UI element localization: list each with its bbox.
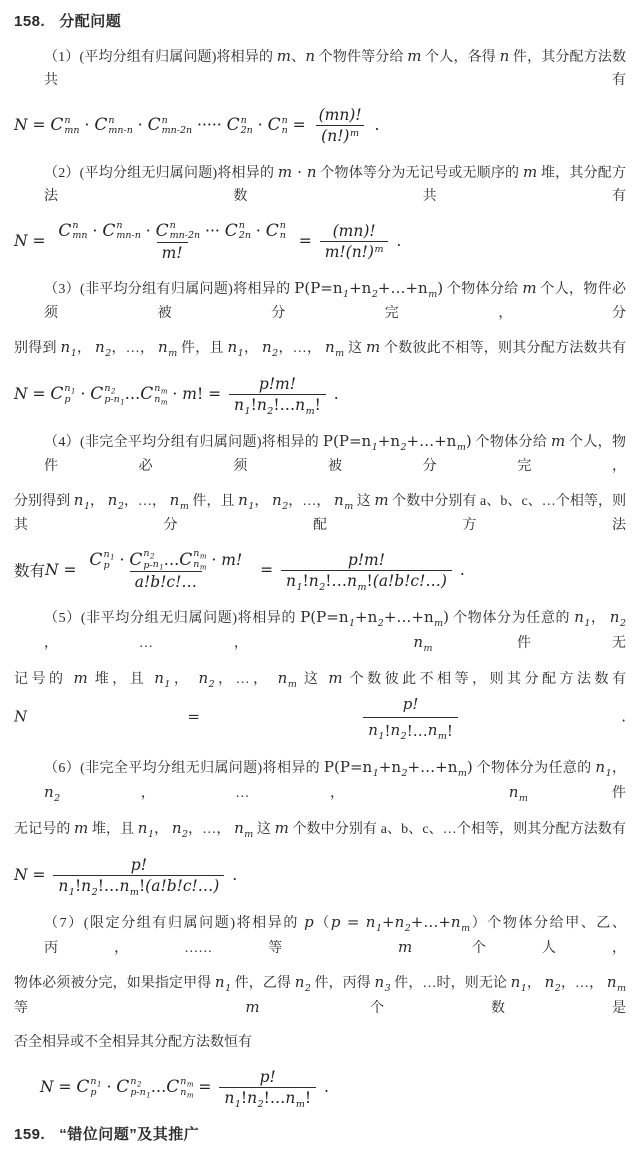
math-run: + [379, 758, 392, 776]
math-run: · [88, 222, 103, 240]
math-run: +…+ [411, 913, 451, 931]
math-run: p [304, 913, 314, 931]
math-var-subscript: n1 [61, 336, 77, 361]
math-var-subscript: n2 [247, 1089, 264, 1107]
fraction-numerator: p!m! [254, 374, 301, 394]
math-var-subscript: n2 [391, 756, 407, 781]
math-var-subscript: n2 [198, 667, 214, 692]
text-run: n [395, 913, 405, 931]
math-var-subscript: n1 [58, 877, 75, 895]
text-run: 个物体分给 [472, 435, 551, 450]
math-run: m! [325, 243, 346, 261]
math-run: + [382, 913, 395, 931]
math-var-subscript: nm [295, 396, 315, 414]
math-run: P(P= [323, 432, 362, 450]
subscript: 1 [110, 553, 114, 562]
binomial-coefficient: Cnn [268, 115, 288, 135]
math-run: mn [72, 231, 87, 240]
superscript: n [280, 221, 286, 230]
math-var-subscript: n1 [64, 384, 75, 394]
supsub-stack: nmnm [180, 1077, 193, 1098]
subscript: 2 [405, 917, 411, 940]
subscript: 2 [105, 342, 111, 365]
math-run: N [14, 866, 28, 884]
math-var-subscript: nm [154, 384, 167, 394]
math-run: · [141, 222, 156, 240]
math-var-subscript: n1 [511, 971, 527, 996]
math-run: C [268, 115, 281, 135]
text-run: n [234, 819, 244, 837]
superscript: n [162, 116, 193, 125]
math-var-subscript: n2 [257, 396, 274, 414]
text-run: n [262, 338, 272, 356]
text-run: ，…， [124, 494, 170, 509]
text-run: n [362, 432, 372, 450]
math-run: C [58, 221, 71, 241]
math-run: C [89, 550, 102, 570]
math-var-subscript: n2 [262, 336, 278, 361]
subscript: m [200, 564, 207, 573]
text-run: n [347, 572, 357, 590]
math-run: C [156, 221, 169, 241]
text-run: ， [90, 494, 108, 509]
fraction-numerator: (mn)! [328, 221, 381, 241]
section-heading-158: 158.分配问题 [14, 10, 626, 31]
math-run: n [239, 221, 245, 230]
math-run: m! [221, 551, 242, 569]
fraction-denominator: n1!n2!…nm!(a!b!c!…) [53, 875, 224, 896]
math-var-subscript: n2 [81, 877, 98, 895]
subscript: 1 [146, 1091, 150, 1100]
text-run: n [180, 1076, 186, 1087]
math-run: a!b!c!… [135, 573, 197, 591]
math-run: n [307, 163, 317, 181]
supsub-stack: nmn-2n [170, 221, 201, 240]
text-run: 数有 [14, 559, 45, 581]
text-run: n [610, 608, 620, 626]
para3-line1: （3）(非平均分组有归属问题)将相异的 P(P=n1+n2+…+nm) 个物体分… [14, 277, 626, 325]
math-var-subscript: n1 [366, 911, 382, 936]
math-run: !… [98, 877, 120, 895]
math-var-subscript: n1 [286, 572, 303, 590]
text-run: 个数彼此不相等，则其分配方法数有 [343, 672, 626, 687]
text-run: n [198, 669, 208, 687]
subscript: m [617, 977, 626, 1000]
fraction-numerator: p!m! [343, 550, 390, 570]
math-run: . [227, 866, 237, 884]
math-run: n [280, 221, 286, 230]
text-run: ， [590, 611, 609, 626]
subscript: 1 [376, 917, 382, 940]
text-run: n [81, 877, 91, 895]
math-run: ····· [192, 116, 227, 134]
text-run: 个物件等分给 [315, 50, 407, 65]
subscript: mn [72, 231, 87, 240]
fraction-denominator: m! [157, 242, 188, 263]
math-run: +…+ [378, 279, 418, 297]
math-run: = [28, 232, 51, 250]
supsub-stack: n2n [241, 116, 253, 135]
text-run: n [448, 758, 458, 776]
subscript: m [296, 1099, 305, 1110]
text-run: n [44, 783, 54, 801]
supsub-stack: nmn-n [116, 221, 140, 240]
math-run: · [115, 551, 130, 569]
math-run: m [523, 163, 537, 181]
formula-7: N = Cn1p · Cn2p-n1…Cnmnm = p!n1!n2!…nm! … [14, 1065, 626, 1109]
content: （1）(平均分组有归属问题)将相异的 m、n 个物件等分给 m 个人，各得 n … [14, 45, 626, 1109]
text-run: ， [527, 976, 545, 991]
subscript: m [161, 398, 168, 407]
subscript: m [130, 887, 139, 898]
math-var-subscript: nm [180, 1088, 193, 1098]
text-run: n [295, 973, 305, 991]
math-run: mn-2n [170, 231, 201, 240]
subscript: 2n [239, 231, 251, 240]
math-run: mn-2n [162, 126, 193, 135]
subscript: 2 [111, 387, 115, 396]
math-var-subscript: n1 [103, 550, 114, 560]
subscript: 2n [241, 126, 253, 135]
text-run: 分别得到 [14, 494, 74, 509]
subscript: 1 [164, 673, 170, 696]
text-run: 等 [14, 1001, 245, 1016]
binomial-coefficient: Cn1p [50, 384, 75, 404]
math-var-subscript: n1 [153, 560, 164, 570]
text-run: 个人，各得 [422, 50, 500, 65]
subscript: m [161, 387, 168, 396]
math-var-subscript: n2 [368, 606, 384, 631]
math-run: (mn)! [319, 106, 362, 124]
math-var-subscript: n2 [362, 277, 378, 302]
subscript: m [344, 495, 353, 518]
text-run: n [180, 1087, 186, 1098]
math-run: P(P= [300, 608, 339, 626]
math-run: + [349, 279, 362, 297]
supsub-stack: nmn [72, 221, 87, 240]
math-run: · [80, 116, 95, 134]
math-var-subscript: n2 [108, 489, 124, 514]
math-power: (n!)m [321, 127, 359, 145]
superscript: nm [180, 1077, 193, 1087]
math-run: n [500, 47, 510, 65]
text-run: (n!) [346, 243, 374, 261]
text-run: n [58, 877, 68, 895]
subscript: 1 [71, 342, 77, 365]
supsub-stack: nmn-2n [162, 116, 193, 135]
formula-3: N = Cn1p · Cn2p-n1…Cnmnm · m! = p!m!n1!n… [14, 372, 626, 416]
math-run: · [207, 551, 222, 569]
binomial-coefficient: Cnn [266, 221, 286, 241]
superscript: n [64, 116, 79, 125]
subscript: 2 [150, 553, 154, 562]
section-title: 分配问题 [59, 13, 121, 30]
fraction: p!n1!n2!…nm!(a!b!c!…) [53, 855, 224, 896]
math-var-subscript: n2 [390, 430, 406, 455]
fraction-denominator: m!(n!)m [320, 241, 389, 262]
superscript: nm [154, 384, 167, 394]
formula-6: N = p!n1!n2!…nm!(a!b!c!…) . [14, 853, 626, 897]
fraction-denominator: n1!n2!…nm! [219, 1087, 316, 1108]
math-run: N [14, 116, 28, 134]
text-run: 个物体分给 [443, 282, 522, 297]
math-var-subscript: n2 [295, 971, 311, 996]
supsub-stack: nn [280, 221, 286, 240]
math-var-subscript: nm [158, 336, 177, 361]
text-run: n [362, 279, 372, 297]
text-run: ， [154, 822, 172, 837]
text-run: 个物体等分为无记号或无顺序的 [317, 166, 523, 181]
text-run: n [90, 1076, 96, 1087]
supsub-stack: n2p-n1 [104, 384, 124, 405]
subscript: nm [193, 560, 206, 570]
text-run: n [545, 973, 555, 991]
text-run: 否全相异或不全相异其分配方法数恒有 [14, 1035, 252, 1050]
math-run: !… [264, 1089, 286, 1107]
text-run: 个数彼此不相等，则其分配方法数共有 [380, 341, 626, 356]
formula-4: 数有 N = Cn1p · Cn2p-n1…Cnmnm · m!a!b!c!… … [14, 548, 626, 592]
fraction-numerator: Cnmn · Cnmn-n · Cnmn-2n ··· Cn2n · Cnn [53, 220, 290, 242]
math-var-subscript: nm [424, 606, 443, 631]
subscript: m [428, 283, 437, 306]
text-run: n [325, 338, 335, 356]
superscript: n [72, 221, 87, 230]
subscript: 2 [54, 787, 60, 810]
binomial-coefficient: Cnmn-2n [148, 115, 193, 135]
text-run: 这 [297, 672, 329, 687]
math-var-subscript: n1 [140, 1088, 151, 1098]
math-run: C [129, 550, 142, 570]
subscript: 2 [182, 823, 188, 846]
subscript: 2 [92, 887, 98, 898]
text-run: ，…， [60, 786, 509, 801]
math-run: mn-n [108, 126, 132, 135]
math-run: !… [325, 572, 347, 590]
math-run: · [292, 163, 307, 181]
text-run: ，…， [288, 494, 334, 509]
fraction: (mn)!(n!)m [314, 105, 367, 146]
math-run: m [74, 819, 88, 837]
subscript: 2 [401, 725, 407, 748]
subscript: p-n1 [104, 395, 124, 405]
math-run: = [28, 866, 51, 884]
subscript: 1 [349, 612, 355, 635]
text-run: n [368, 608, 378, 626]
math-run: mn-n [116, 231, 140, 240]
math-var-subscript: n2 [545, 971, 561, 996]
text-run: n [215, 973, 225, 991]
subscript: 2 [378, 612, 384, 635]
math-run: ! [447, 720, 453, 743]
subscript: nm [154, 395, 167, 405]
text-run: ，…， [44, 636, 413, 651]
math-var-subscript: n2 [390, 719, 406, 744]
text-run: 别得到 [14, 341, 61, 356]
subscript: m [187, 1091, 194, 1100]
subscript: 2 [555, 977, 561, 1000]
math-run: = [294, 232, 317, 250]
text-run: n [295, 396, 305, 414]
text-run: 个物体分为任意的 [473, 761, 596, 776]
math-run: . [329, 385, 339, 403]
fraction-denominator: n1!n2!…nm! [363, 717, 458, 745]
subscript: m [306, 406, 315, 417]
math-run: + [378, 432, 391, 450]
fraction-numerator: Cn1p · Cn2p-n1…Cnmnm · m! [84, 548, 247, 571]
math-var-subscript: n2 [610, 606, 626, 631]
subscript: nm [180, 1088, 193, 1098]
superscript: nm [193, 549, 206, 559]
math-var-subscript: nm [180, 1077, 193, 1087]
para7-line3: 否全相异或不全相异其分配方法数恒有 [14, 1031, 626, 1054]
math-run: +…+ [407, 432, 447, 450]
math-var-subscript: n1 [362, 430, 378, 455]
subscript: 1 [84, 495, 90, 518]
text-run: 件，…时，则无论 [391, 976, 511, 991]
math-var-subscript: nm [428, 719, 447, 744]
text-run: ，…， [215, 672, 278, 687]
text-run: 这 [344, 341, 366, 356]
text-run: n [61, 338, 71, 356]
math-var-subscript: nm [334, 489, 353, 514]
math-run: . [455, 561, 465, 579]
binomial-coefficient: Cn2n [225, 221, 251, 241]
text-run: ， [244, 341, 262, 356]
subscript: 1 [235, 1099, 241, 1110]
text-run: n [309, 572, 319, 590]
subscript: m [168, 342, 177, 365]
text-run: n [574, 608, 584, 626]
text-run: 记号的 [14, 672, 74, 687]
fraction-numerator: p! [255, 1067, 281, 1087]
subscript: mn-n [108, 126, 132, 135]
text-run: n [138, 819, 148, 837]
subscript: 1 [148, 823, 154, 846]
math-run: (mn)! [333, 222, 376, 240]
subscript: mn-2n [162, 126, 193, 135]
superscript: n [108, 116, 132, 125]
math-var-subscript: nm [448, 756, 467, 781]
math-run: m [245, 998, 259, 1016]
subscript: 2 [400, 436, 406, 459]
math-var-subscript: n2 [272, 489, 288, 514]
math-run: p [103, 561, 109, 570]
math-run: ··· [200, 222, 225, 240]
text-run: 件，乙得 [231, 976, 295, 991]
math-run: ! [315, 396, 321, 414]
math-run: m [277, 47, 291, 65]
math-run: C [140, 384, 153, 404]
text-run: n [104, 383, 110, 394]
math-var-subscript: nm [447, 430, 466, 455]
math-var-subscript: nm [234, 817, 253, 842]
math-run: · [253, 116, 268, 134]
formula-2: N = Cnmn · Cnmn-n · Cnmn-2n ··· Cn2n · C… [14, 219, 626, 263]
math-var-subscript: n2 [95, 336, 111, 361]
fraction: Cn1p · Cn2p-n1…Cnmnm · m!a!b!c!… [84, 548, 247, 592]
subscript: mn-2n [170, 231, 201, 240]
math-run: = [250, 561, 278, 579]
math-run: · [102, 1078, 117, 1096]
math-run: m! [162, 244, 183, 262]
math-run: p- [130, 1088, 139, 1097]
subscript: m [424, 637, 433, 660]
math-run: n [162, 116, 168, 125]
text-run: n [447, 432, 457, 450]
binomial-coefficient: Cnmn-n [102, 221, 140, 241]
subscript: m [434, 612, 443, 635]
math-run: C [179, 550, 192, 570]
math-run: C [166, 1077, 179, 1097]
subscript: m [358, 582, 367, 593]
subscript: 1 [225, 977, 231, 1000]
math-var-subscript: nm [154, 395, 167, 405]
math-var-subscript: n1 [234, 396, 251, 414]
math-run: !… [273, 396, 295, 414]
text-run: 个物体分为任意的 [449, 611, 574, 626]
binomial-coefficient: Cnmnm [140, 384, 167, 405]
math-run: n [241, 116, 247, 125]
section-heading-159: 159.“错位问题”及其推广 [14, 1123, 626, 1144]
subscript: m [438, 725, 447, 748]
math-var-subscript: n2 [395, 911, 411, 936]
text-run: n [428, 721, 438, 739]
fraction: Cnmn · Cnmn-n · Cnmn-2n ··· Cn2n · Cnnm! [53, 220, 290, 263]
text-run: n [451, 913, 461, 931]
math-var-subscript: n1 [363, 756, 379, 781]
text-run: 件，且 [177, 341, 227, 356]
math-var-subscript: n1 [114, 395, 125, 405]
math-run: C [90, 384, 103, 404]
math-var-subscript: n1 [333, 277, 349, 302]
binomial-coefficient: Cn2p-n1 [90, 384, 124, 405]
math-power: (n!)m [346, 243, 384, 261]
text-run: 个数是 [260, 1001, 626, 1016]
text-run: 堆，且 [88, 672, 155, 687]
text-run: n [193, 559, 199, 570]
text-run: （1）(平均分组有归属问题)将相异的 [44, 50, 277, 65]
fraction: p!m!n1!n2!…nm! [229, 374, 326, 415]
text-run: n [413, 633, 423, 651]
math-var-subscript: nm [451, 911, 470, 936]
math-run: m [366, 338, 380, 356]
math-run: 2n [239, 231, 251, 240]
superscript: n1 [64, 384, 75, 394]
text-run: n [278, 669, 288, 687]
binomial-coefficient: Cn2n [227, 115, 253, 135]
math-run: +…+ [408, 758, 448, 776]
subscript: mn [64, 126, 79, 135]
section-title: “错位问题”及其推广 [59, 1126, 199, 1143]
fraction-denominator: (n!)m [316, 125, 364, 146]
text-run: （5）(非平均分组无归属问题)将相异的 [44, 611, 300, 626]
text-run: n [285, 1089, 295, 1107]
math-var-subscript: nm [193, 560, 206, 570]
math-var-subscript: n2 [104, 384, 115, 394]
fraction: (mn)!m!(n!)m [320, 221, 389, 262]
binomial-coefficient: Cnmn [58, 221, 87, 241]
math-var-subscript: n1 [339, 606, 355, 631]
text-run: n [154, 394, 160, 405]
subscript: 2 [372, 283, 378, 306]
text-run: 个人， [412, 941, 626, 956]
math-run: n [72, 221, 78, 230]
text-run: ， [77, 341, 95, 356]
subscript: 1 [159, 564, 163, 573]
text-run: （7）(限定分组有归属问题)将相异的 [44, 916, 304, 931]
subscript: m [519, 787, 528, 810]
math-run: C [50, 115, 63, 135]
